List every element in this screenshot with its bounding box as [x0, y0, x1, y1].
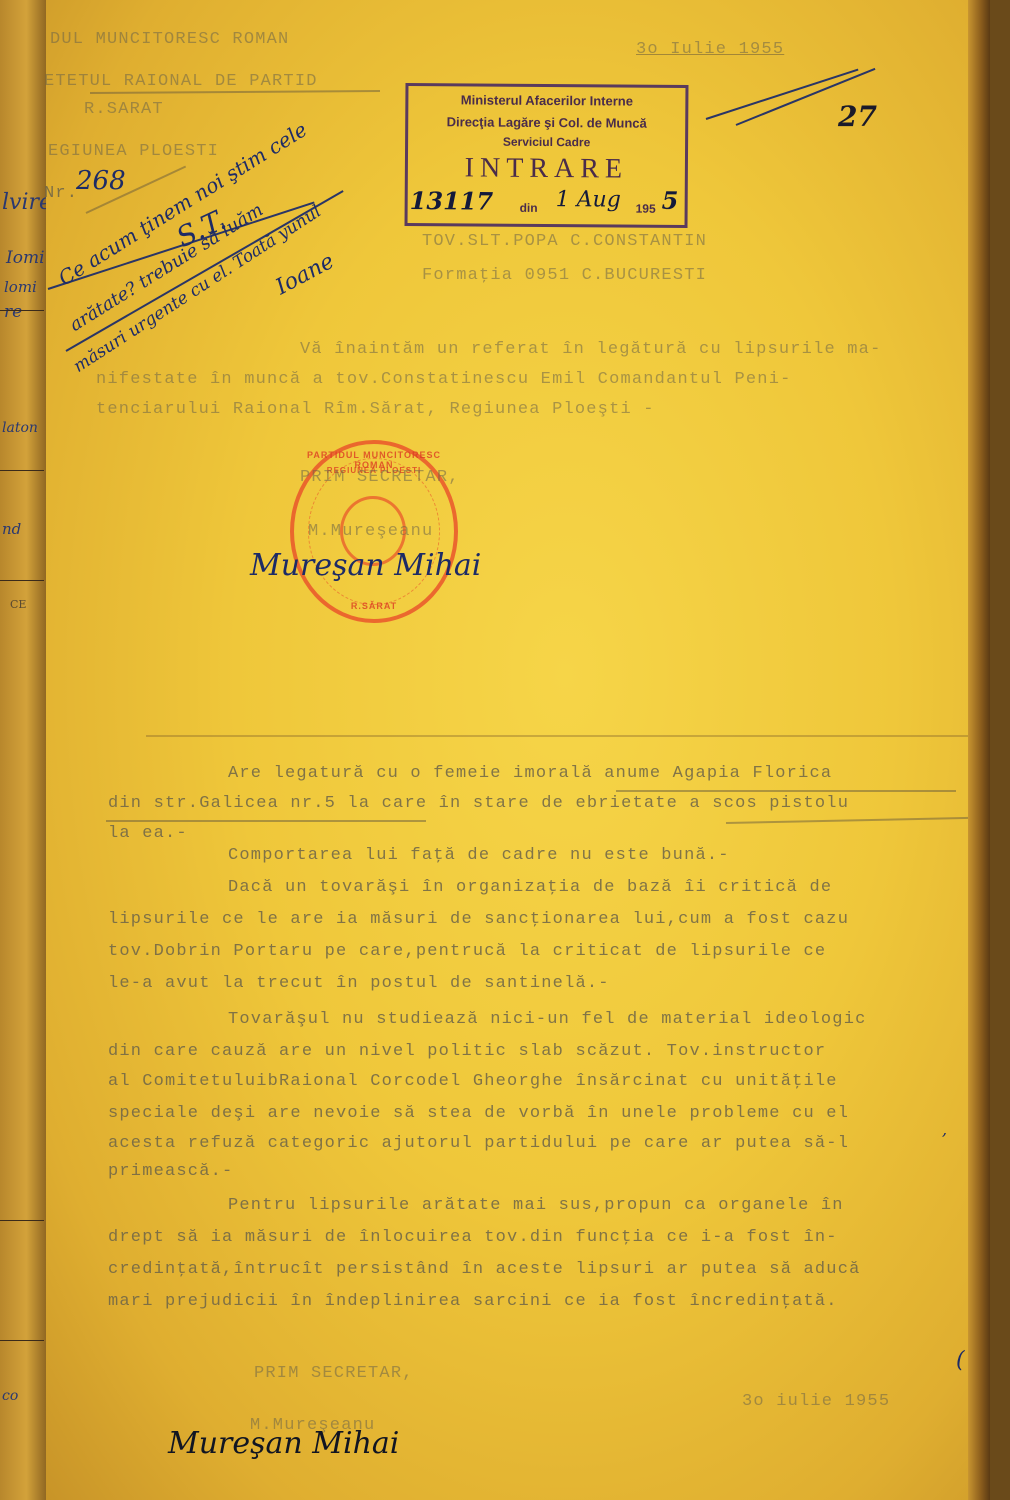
- spine-handwriting: nd: [2, 520, 21, 538]
- ruled-line: [0, 310, 44, 311]
- stamp-entry-date: 1 Aug: [556, 187, 621, 212]
- folio-number: 27: [838, 100, 877, 133]
- signoff-title-bottom: PRIM SECRETAR,: [254, 1364, 414, 1383]
- signoff-date-bottom: 3o iulie 1955: [742, 1392, 890, 1411]
- org-line-1: DUL MUNCITORESC ROMAN: [50, 30, 289, 49]
- body-line: credinţată,întrucît persistând în aceste…: [108, 1260, 861, 1279]
- pencil-underline: [106, 820, 426, 822]
- spine-handwriting: co: [2, 1388, 18, 1404]
- intro-line-3: tenciarului Raional Rîm.Sărat, Regiunea …: [96, 400, 655, 419]
- page-edge: [968, 0, 990, 1500]
- stamp-din-label: din: [520, 201, 538, 215]
- stamp-service: Serviciul Cadre: [408, 134, 685, 150]
- body-line: Comportarea lui faţă de cadre nu este bu…: [228, 846, 730, 865]
- spine-handwriting: re: [4, 302, 22, 322]
- document-date-top: 3o Iulie 1955: [636, 40, 784, 59]
- registration-number: 268: [76, 166, 126, 196]
- ruled-line: [0, 1340, 44, 1341]
- binding-spine: lvire Iomi lomi re laton nd CE co: [0, 0, 48, 1500]
- annotation-signature: Ioane: [272, 249, 339, 300]
- margin-mark: ,: [942, 1120, 947, 1139]
- ruled-line: [0, 1220, 44, 1221]
- body-line: lipsurile ce le are ia măsuri de sancţio…: [108, 910, 849, 929]
- recipient-unit: Formaţia 0951 C.BUCURESTI: [422, 266, 707, 285]
- org-line-4: EGIUNEA PLOESTI: [48, 142, 219, 161]
- registration-prefix: Nr.: [44, 184, 78, 203]
- body-line: Tovarăşul nu studiează nici-un fel de ma…: [228, 1010, 867, 1029]
- stamp-direction: Direcţia Lagăre şi Col. de Muncă: [408, 114, 685, 131]
- body-line: Are legatură cu o femeie imorală anume A…: [228, 764, 832, 783]
- org-line-3: R.SARAT: [84, 100, 164, 119]
- pencil-underline: [726, 817, 976, 824]
- body-line: la ea.-: [108, 824, 188, 843]
- body-line: Pentru lipsurile arătate mai sus,propun …: [228, 1196, 844, 1215]
- fold-line: [146, 735, 986, 737]
- body-line: tov.Dobrin Portaru pe care,pentrucă la c…: [108, 942, 826, 961]
- spine-handwriting: lomi: [4, 278, 37, 296]
- intrare-stamp: Ministerul Afacerilor Interne Direcţia L…: [405, 83, 689, 228]
- signature-top: Mureşan Mihai: [250, 548, 481, 583]
- org-line-2: ETETUL RAIONAL DE PARTID: [44, 72, 318, 91]
- pencil-underline: [616, 790, 956, 792]
- intro-line-2: nifestate în muncă a tov.Constatinescu E…: [96, 370, 792, 389]
- body-line: drept să ia măsuri de înlocuirea tov.din…: [108, 1228, 838, 1247]
- ruled-line: [0, 470, 44, 471]
- spine-handwriting: Iomi: [6, 248, 45, 268]
- body-line: din str.Galicea nr.5 la care în stare de…: [108, 794, 849, 813]
- slash-mark: [706, 69, 859, 120]
- body-line: mari prejudicii în îndeplinirea sarcini …: [108, 1292, 838, 1311]
- margin-mark: (: [956, 1348, 965, 1373]
- body-line: Dacă un tovarăşi în organizaţia de bază …: [228, 878, 832, 897]
- ruled-line: [0, 580, 44, 581]
- body-line: al ComitetuluibRaional Corcodel Gheorghe…: [108, 1072, 838, 1091]
- body-line: din care cauză are un nivel politic slab…: [108, 1042, 826, 1061]
- body-line: primească.-: [108, 1162, 233, 1181]
- stamp-year-suffix: 5: [662, 186, 679, 215]
- spine-print: CE: [10, 598, 26, 611]
- signoff-title-top: PRIM SECRETAR,: [300, 468, 460, 487]
- stamp-ministry: Ministerul Afacerilor Interne: [408, 92, 685, 109]
- stamp-bottom-text: R.SĂRAT: [294, 601, 454, 611]
- signature-bottom: Mureşan Mihai: [168, 1426, 399, 1461]
- spine-handwriting: laton: [2, 420, 38, 436]
- recipient-name: TOV.SLT.POPA C.CONSTANTIN: [422, 232, 707, 251]
- body-line: acesta refuză categoric ajutorul partidu…: [108, 1134, 849, 1153]
- intro-line-1: Vă înaintăm un referat în legătură cu li…: [300, 340, 882, 359]
- stamp-entry-number: 13117: [410, 186, 494, 216]
- document-page: DUL MUNCITORESC ROMAN ETETUL RAIONAL DE …: [46, 0, 990, 1500]
- signoff-name-top: M.Mureşeanu: [308, 522, 433, 541]
- stamp-year-prefix: 195: [636, 202, 656, 216]
- body-line: le-a avut la trecut în postul de santine…: [108, 974, 610, 993]
- stamp-intrare-label: INTRARE: [408, 152, 685, 186]
- body-line: speciale deşi are nevoie să stea de vorb…: [108, 1104, 849, 1123]
